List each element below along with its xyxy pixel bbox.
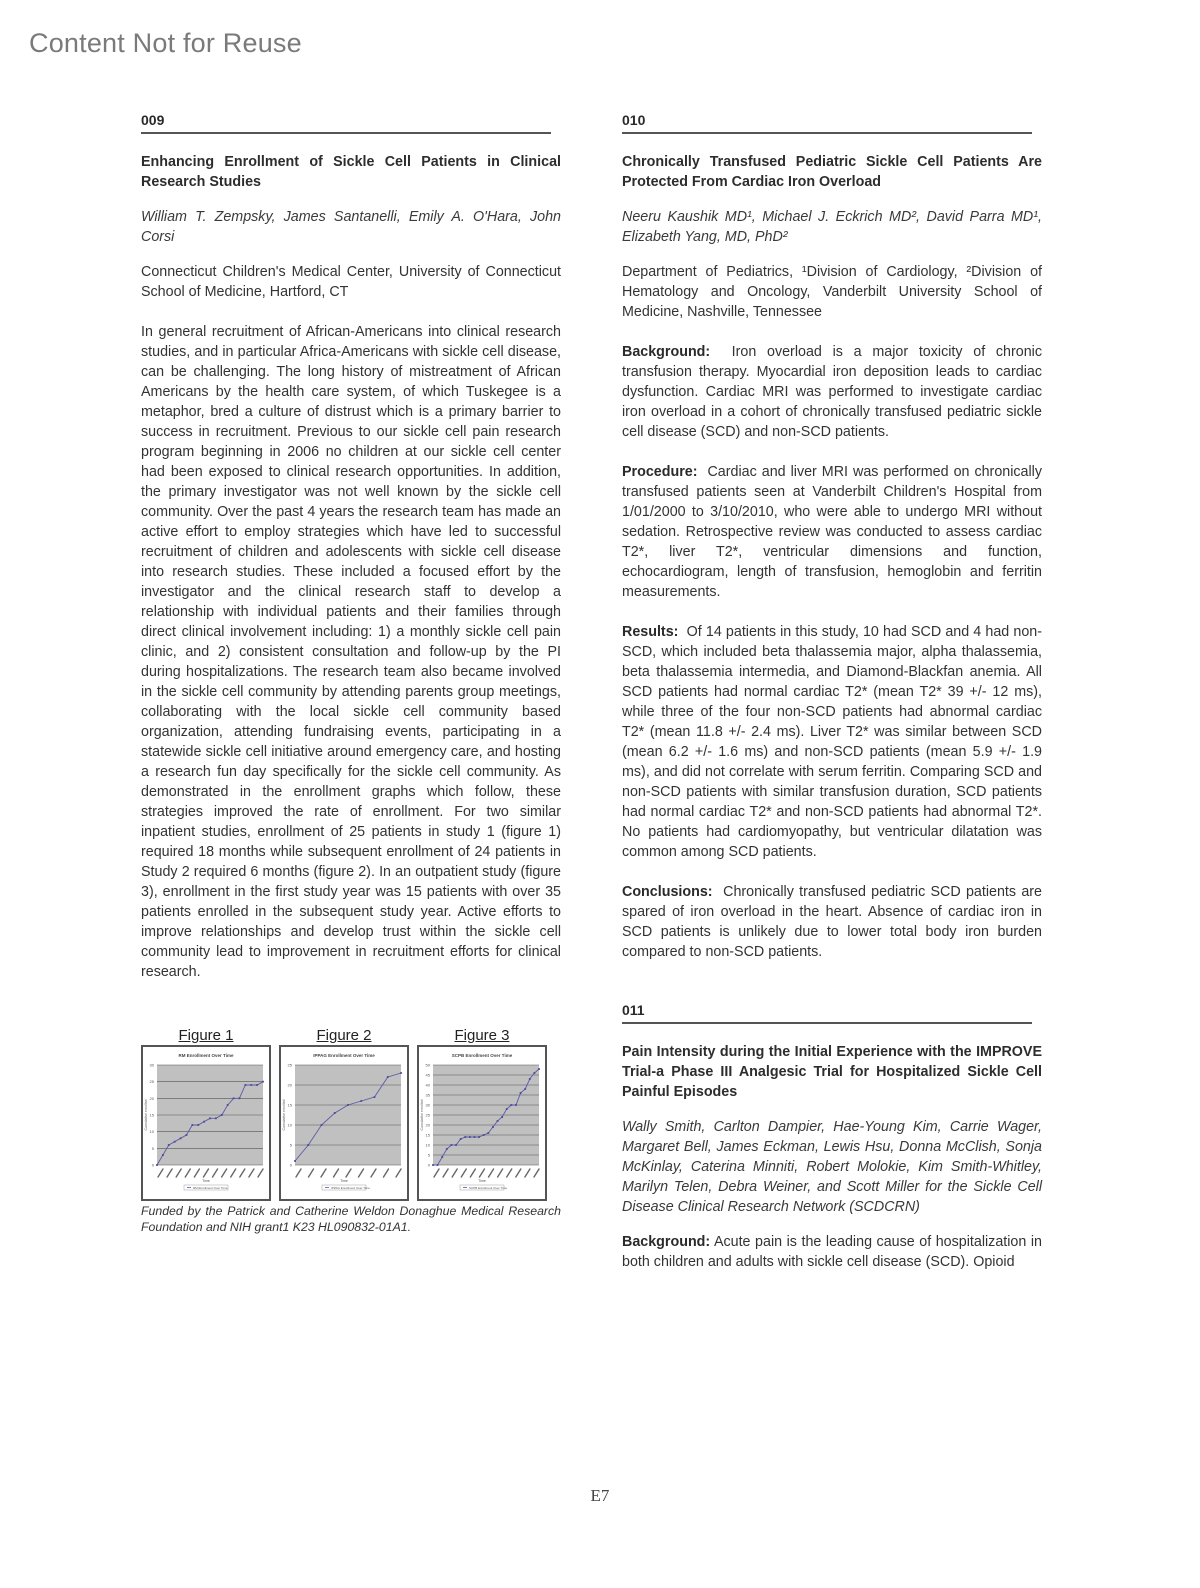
abstract-authors: Wally Smith, Carlton Dampier, Hae-Young …: [622, 1117, 1042, 1217]
line-chart: RM Enrollment Over Time051015202530Cumul…: [141, 1045, 271, 1201]
figure-row: Figure 1 RM Enrollment Over Time05101520…: [141, 1028, 561, 1201]
figure-label: Figure 3: [417, 1028, 547, 1043]
svg-text:15: 15: [150, 1113, 155, 1118]
svg-text:10: 10: [150, 1129, 155, 1134]
svg-text:0: 0: [152, 1163, 155, 1168]
abstract-009: 009 Enhancing Enrollment of Sickle Cell …: [141, 112, 561, 1235]
svg-text:0: 0: [428, 1163, 431, 1168]
svg-text:20: 20: [150, 1096, 155, 1101]
svg-text:35: 35: [426, 1093, 431, 1098]
abstract-affiliation: Department of Pediatrics, ¹Division of C…: [622, 262, 1042, 322]
section-label: Conclusions:: [622, 884, 713, 900]
figure-1: Figure 1 RM Enrollment Over Time05101520…: [141, 1028, 271, 1201]
svg-text:Cumulative enrolled: Cumulative enrolled: [420, 1099, 424, 1130]
svg-text:5: 5: [152, 1146, 155, 1151]
svg-text:Cumulative enrolled: Cumulative enrolled: [282, 1099, 286, 1130]
svg-text:30: 30: [150, 1063, 155, 1068]
svg-text:25: 25: [426, 1113, 431, 1118]
abstract-number: 011: [622, 1002, 1032, 1024]
section-text: Of 14 patients in this study, 10 had SCD…: [622, 624, 1042, 860]
svg-text:IPPAG Enrollment Over Time: IPPAG Enrollment Over Time: [313, 1053, 375, 1058]
svg-text:5: 5: [428, 1153, 431, 1158]
svg-text:SCPB Enrollment Over Time: SCPB Enrollment Over Time: [469, 1186, 507, 1190]
svg-text:0: 0: [290, 1163, 293, 1168]
abstract-affiliation: Connecticut Children's Medical Center, U…: [141, 262, 561, 302]
abstract-conclusions: Conclusions: Chronically transfused pedi…: [622, 882, 1042, 962]
abstract-authors: Neeru Kaushik MD¹, Michael J. Eckrich MD…: [622, 207, 1042, 247]
funding-note: Funded by the Patrick and Catherine Weld…: [141, 1203, 561, 1235]
abstract-number: 009: [141, 112, 551, 134]
svg-text:10: 10: [426, 1143, 431, 1148]
svg-text:40: 40: [426, 1083, 431, 1088]
abstract-title: Pain Intensity during the Initial Experi…: [622, 1042, 1042, 1102]
abstract-011: 011 Pain Intensity during the Initial Ex…: [622, 1002, 1042, 1272]
svg-text:15: 15: [288, 1103, 293, 1108]
figure-label: Figure 1: [141, 1028, 271, 1043]
section-label: Results:: [622, 624, 678, 640]
svg-text:RM Enrollment Over Time: RM Enrollment Over Time: [179, 1053, 234, 1058]
svg-text:20: 20: [288, 1083, 293, 1088]
abstract-title: Chronically Transfused Pediatric Sickle …: [622, 152, 1042, 192]
svg-text:5: 5: [290, 1143, 293, 1148]
figure-label: Figure 2: [279, 1028, 409, 1043]
svg-text:IPPAG Enrollment Over Time: IPPAG Enrollment Over Time: [331, 1186, 370, 1190]
watermark: Content Not for Reuse: [29, 28, 302, 59]
abstract-procedure: Procedure: Cardiac and liver MRI was per…: [622, 462, 1042, 602]
section-label: Procedure:: [622, 464, 697, 480]
figure-2: Figure 2 IPPAG Enrollment Over Time05101…: [279, 1028, 409, 1201]
svg-text:RM Enrollment Over Time: RM Enrollment Over Time: [193, 1186, 228, 1190]
abstract-authors: William T. Zempsky, James Santanelli, Em…: [141, 207, 561, 247]
section-label: Background:: [622, 344, 710, 360]
svg-text:45: 45: [426, 1073, 431, 1078]
abstract-results: Results: Of 14 patients in this study, 1…: [622, 622, 1042, 862]
figure-3: Figure 3 SCPB Enrollment Over Time051015…: [417, 1028, 547, 1201]
svg-text:10: 10: [288, 1123, 293, 1128]
section-label: Background:: [622, 1234, 710, 1250]
abstract-010: 010 Chronically Transfused Pediatric Sic…: [622, 112, 1042, 1292]
svg-text:15: 15: [426, 1133, 431, 1138]
svg-text:Time: Time: [478, 1179, 486, 1183]
svg-text:Cumulative enrolled: Cumulative enrolled: [144, 1099, 148, 1130]
abstract-title: Enhancing Enrollment of Sickle Cell Pati…: [141, 152, 561, 192]
svg-text:SCPB Enrollment Over Time: SCPB Enrollment Over Time: [452, 1053, 513, 1058]
svg-text:Time: Time: [340, 1179, 348, 1183]
svg-text:50: 50: [426, 1063, 431, 1068]
svg-text:30: 30: [426, 1103, 431, 1108]
abstract-body: In general recruitment of African-Americ…: [141, 322, 561, 982]
svg-text:25: 25: [150, 1079, 155, 1084]
section-text: Cardiac and liver MRI was performed on c…: [622, 464, 1042, 600]
line-chart: SCPB Enrollment Over Time051015202530354…: [417, 1045, 547, 1201]
page-number: E7: [0, 1486, 1200, 1506]
abstract-background: Background: Acute pain is the leading ca…: [622, 1232, 1042, 1272]
svg-text:Time: Time: [202, 1179, 210, 1183]
svg-text:25: 25: [288, 1063, 293, 1068]
abstract-number: 010: [622, 112, 1032, 134]
svg-text:20: 20: [426, 1123, 431, 1128]
abstract-background: Background: Iron overload is a major tox…: [622, 342, 1042, 442]
line-chart: IPPAG Enrollment Over Time0510152025Cumu…: [279, 1045, 409, 1201]
